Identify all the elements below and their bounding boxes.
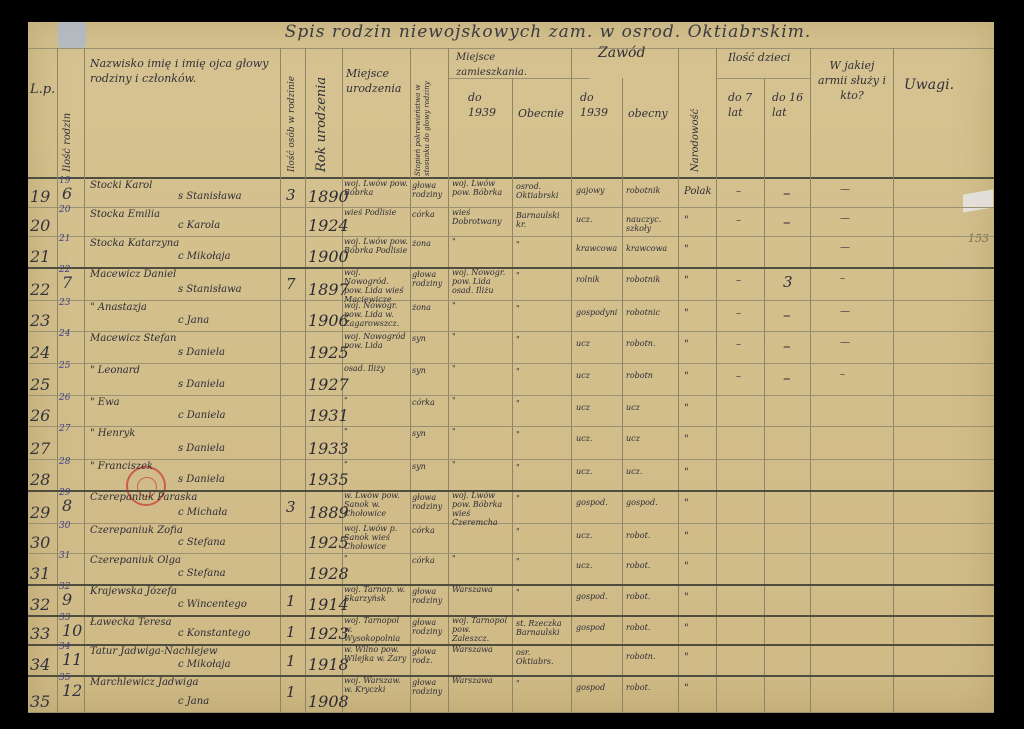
row-residence-1939: " <box>452 301 510 310</box>
row-birthplace: woj. Tarnop. w. Skarzyńsk <box>344 585 408 603</box>
row-occupation-now: robot. <box>626 683 676 692</box>
row-relation: syn <box>412 334 446 343</box>
row-father-name: s Daniela <box>178 474 225 486</box>
divider <box>810 48 811 712</box>
row-relation: syn <box>412 429 446 438</box>
row-father-name: c Mikołaja <box>178 659 231 671</box>
row-lp: 35 <box>30 692 50 711</box>
row-occupation-1939: ucz <box>576 339 622 348</box>
row-birthplace: woj. Nowogród pow. Lida <box>344 332 408 350</box>
row-father-name: s Daniela <box>178 443 225 455</box>
row-army: — <box>840 184 850 196</box>
row-name: Ławecka Teresa <box>90 617 172 629</box>
row-divider <box>28 459 994 460</box>
row-father-name: c Michała <box>178 507 227 519</box>
row-residence-1939: " <box>452 427 510 436</box>
row-name: " Franciszek <box>90 461 153 473</box>
row-birthplace: osad. Iliży <box>344 364 408 373</box>
row-divider <box>28 207 994 208</box>
row-name: Macewicz Daniel <box>90 269 176 281</box>
row-nationality: " <box>684 339 689 351</box>
row-lp: 32 <box>30 595 50 614</box>
header-narodowosc: Narodowość <box>690 82 702 172</box>
row-occupation-now: ucz. <box>626 467 676 476</box>
row-nationality: " <box>684 498 689 510</box>
row-children-under-7: – <box>736 275 741 287</box>
row-lp: 30 <box>30 533 50 552</box>
row-occupation-1939: ucz. <box>576 531 622 540</box>
row-occupation-1939: ucz <box>576 403 622 412</box>
row-children-under-16: 3 <box>783 273 793 291</box>
header-rok-urodzenia: Rok urodzenia <box>316 72 328 172</box>
row-children-under-7: – <box>736 371 741 383</box>
row-family-number: 9 <box>62 590 72 609</box>
row-occupation-now: robotn. <box>626 652 676 661</box>
row-lp: 29 <box>30 503 50 522</box>
row-occupation-now: ucz <box>626 403 676 412</box>
row-birth-year: 1889 <box>308 503 349 522</box>
row-residence-now: " <box>516 304 568 313</box>
row-relation: głowa rodziny <box>412 493 446 511</box>
row-nationality: " <box>684 683 689 695</box>
row-name: " Ewa <box>90 397 120 409</box>
row-occupation-1939: rolnik <box>576 275 622 284</box>
row-person-count: 7 <box>286 275 296 293</box>
row-children-under-16: – <box>783 337 791 355</box>
row-lp: 23 <box>30 311 50 330</box>
page-number: 153 <box>968 232 989 245</box>
row-subnumber: 33 <box>59 613 70 623</box>
row-birthplace: " <box>344 427 408 436</box>
header-miejsce-zamieszkania: Miejsce zamieszkania. <box>456 50 566 80</box>
row-occupation-1939: gospod <box>576 683 622 692</box>
header-zawod-do-1939: do 1939 <box>580 90 616 120</box>
row-occupation-1939: gospod. <box>576 592 622 601</box>
row-name: " Henryk <box>90 428 135 440</box>
row-father-name: c Jana <box>178 696 209 708</box>
row-birthplace: woj. Lwów pow. Bóbrka <box>344 179 408 197</box>
row-birth-year: 1897 <box>308 280 349 299</box>
row-nationality: " <box>684 652 689 664</box>
row-residence-1939: woj. Lwów pow. Bóbrka <box>452 179 510 197</box>
row-family-number: 10 <box>62 621 82 640</box>
row-relation: córka <box>412 210 446 219</box>
row-father-name: c Karola <box>178 220 220 232</box>
row-occupation-1939: ucz. <box>576 215 622 224</box>
row-nationality: " <box>684 403 689 415</box>
row-father-name: s Daniela <box>178 379 225 391</box>
row-subnumber: 25 <box>59 361 70 371</box>
row-residence-now: " <box>516 240 568 249</box>
row-residence-now: " <box>516 679 568 688</box>
row-birth-year: 1928 <box>308 564 349 583</box>
row-person-count: 3 <box>286 186 296 204</box>
row-lp: 33 <box>30 624 50 643</box>
row-name: Tatur Jadwiga-Nachlejew <box>90 646 218 658</box>
row-birthplace: w. Lwów pow. Sanok w. Chołowice <box>344 491 408 518</box>
row-residence-now: " <box>516 527 568 536</box>
row-children-under-16: – <box>783 184 791 202</box>
row-occupation-1939: ucz. <box>576 467 622 476</box>
tape-mark <box>58 22 86 48</box>
row-nationality: " <box>684 467 689 479</box>
row-occupation-now: robot. <box>626 561 676 570</box>
row-name: Macewicz Stefan <box>90 333 176 345</box>
row-nationality: Polak <box>684 186 712 198</box>
header-stopien: Stopień pokrewieństwa w stosunku do głow… <box>414 52 444 176</box>
divider <box>28 48 994 49</box>
row-nationality: " <box>684 561 689 573</box>
row-residence-1939: " <box>452 554 510 563</box>
row-occupation-1939: gospod <box>576 623 622 632</box>
row-relation: głowa rodziny <box>412 587 446 605</box>
row-occupation-1939: gajowy <box>576 186 622 195</box>
divider <box>305 48 306 712</box>
row-father-name: c Konstantego <box>178 628 250 640</box>
row-subnumber: 29 <box>59 488 70 498</box>
row-father-name: s Daniela <box>178 347 225 359</box>
header-dzieci-do-16: do 16 lat <box>772 90 806 120</box>
row-residence-now: " <box>516 557 568 566</box>
header-ilosc-dzieci: Ilość dzieci <box>728 50 790 65</box>
row-residence-now: " <box>516 463 568 472</box>
row-relation: żona <box>412 239 446 248</box>
row-father-name: c Stefana <box>178 537 226 549</box>
row-army: – <box>840 273 845 285</box>
row-birth-year: 1924 <box>308 216 349 235</box>
census-sheet: Spis rodzin niewojskowych zam. w osrod. … <box>28 22 994 712</box>
row-name: Stocka Katarzyna <box>90 238 179 250</box>
divider <box>678 48 679 712</box>
row-occupation-now: robotn <box>626 371 676 380</box>
header-lp: L.p. <box>30 82 55 97</box>
header-armia: W jakiej armii służy i kto? <box>816 58 888 103</box>
row-birthplace: wieś Podlisie <box>344 208 408 217</box>
row-occupation-now: robotn. <box>626 339 676 348</box>
row-subnumber: 21 <box>59 234 70 244</box>
row-relation: córka <box>412 526 446 535</box>
row-occupation-now: robotnic <box>626 308 676 317</box>
header-ilosc-osob: Ilość osób w rodzinie <box>286 52 298 172</box>
row-lp: 24 <box>30 343 50 362</box>
row-birthplace: " <box>344 460 408 469</box>
row-subnumber: 32 <box>59 582 70 592</box>
row-lp: 34 <box>30 655 50 674</box>
row-occupation-1939: ucz. <box>576 561 622 570</box>
row-residence-now: Barnaulski kr. <box>516 211 568 229</box>
row-name: Stocki Karol <box>90 180 152 192</box>
row-residence-1939: wieś Dobrotwany <box>452 208 510 226</box>
row-army: — <box>840 306 850 318</box>
row-person-count: 1 <box>286 592 296 610</box>
row-army: — <box>840 213 850 225</box>
row-lp: 27 <box>30 439 50 458</box>
row-birthplace: woj. Lwów p. Sanok wieś Chołowice <box>344 524 408 551</box>
row-lp: 25 <box>30 375 50 394</box>
row-family-number: 12 <box>62 681 82 700</box>
row-occupation-now: robot. <box>626 623 676 632</box>
row-residence-now: " <box>516 271 568 280</box>
row-relation: syn <box>412 366 446 375</box>
row-family-number: 7 <box>62 273 72 292</box>
row-children-under-16: – <box>783 369 791 387</box>
row-residence-1939: woj. Nowogr. pow. Lida osad. Iliżu <box>452 268 510 295</box>
header-zam-do-1939: do 1939 <box>468 90 508 120</box>
row-birth-year: 1933 <box>308 439 349 458</box>
row-nationality: " <box>684 592 689 604</box>
row-lp: 31 <box>30 564 50 583</box>
row-residence-1939: woj. Lwów pow. Bóbrka wieś Czeremcha <box>452 491 510 527</box>
row-subnumber: 31 <box>59 551 70 561</box>
divider <box>84 48 85 712</box>
row-lp: 21 <box>30 247 50 266</box>
row-birth-year: 1900 <box>308 247 349 266</box>
row-nationality: " <box>684 531 689 543</box>
header-divider <box>28 177 994 179</box>
row-relation: głowa rodziny <box>412 181 446 199</box>
row-subnumber: 28 <box>59 457 70 467</box>
row-residence-1939: Warszawa <box>452 676 510 685</box>
row-children-under-7: – <box>736 339 741 351</box>
divider <box>571 48 572 712</box>
row-nationality: " <box>684 434 689 446</box>
header-dzieci-do-7: do 7 lat <box>728 90 758 120</box>
row-nationality: " <box>684 308 689 320</box>
row-subnumber: 24 <box>59 329 70 339</box>
row-lp: 19 <box>30 187 50 206</box>
row-relation: żona <box>412 303 446 312</box>
row-residence-1939: Warszawa <box>452 645 510 654</box>
row-subnumber: 30 <box>59 521 70 531</box>
row-residence-now: " <box>516 335 568 344</box>
row-residence-1939: " <box>452 460 510 469</box>
row-residence-1939: " <box>452 364 510 373</box>
row-occupation-now: robotnik <box>626 186 676 195</box>
row-subnumber: 26 <box>59 393 70 403</box>
row-divider <box>28 523 994 524</box>
row-name: Krajewska Józefa <box>90 586 177 598</box>
row-divider <box>28 615 994 617</box>
divider <box>448 48 449 712</box>
row-birth-year: 1906 <box>308 311 349 330</box>
row-person-count: 3 <box>286 498 296 516</box>
row-divider <box>28 363 994 364</box>
row-name: Czerepaniuk Zofia <box>90 525 183 537</box>
row-residence-1939: " <box>452 396 510 405</box>
row-occupation-1939: gospod. <box>576 498 622 507</box>
row-relation: głowa rodziny <box>412 270 446 288</box>
row-relation: głowa rodziny <box>412 618 446 636</box>
row-name: Czerepaniuk Paraska <box>90 492 197 504</box>
header-zam-obecnie: Obecnie <box>518 106 564 121</box>
row-birthplace: woj. Nowogr. pow. Lida w. Zagarowszcz. <box>344 301 408 328</box>
row-divider <box>28 553 994 554</box>
row-occupation-now: robot. <box>626 531 676 540</box>
row-person-count: 1 <box>286 683 296 701</box>
row-divider <box>28 395 994 396</box>
row-father-name: c Mikołaja <box>178 251 231 263</box>
row-family-number: 6 <box>62 184 72 203</box>
row-occupation-now: nauczyc. szkoły <box>626 215 676 233</box>
row-birth-year: 1914 <box>308 595 349 614</box>
divider <box>716 78 810 79</box>
divider <box>410 48 411 712</box>
row-occupation-now: robot. <box>626 592 676 601</box>
row-family-number: 8 <box>62 496 72 515</box>
row-residence-now: " <box>516 430 568 439</box>
row-subnumber: 19 <box>59 176 70 186</box>
row-subnumber: 35 <box>59 673 70 683</box>
row-relation: syn <box>412 462 446 471</box>
row-birthplace: woj. Tarnopol w. Wysokopolnia <box>344 616 408 643</box>
row-children-under-7: – <box>736 308 741 320</box>
row-family-number: 11 <box>62 650 82 669</box>
row-birth-year: 1935 <box>308 470 349 489</box>
row-army: — <box>840 337 850 349</box>
row-relation: głowa rodziny <box>412 678 446 696</box>
row-residence-1939: woj. Tarnopol pow. Zaleszcz. <box>452 616 510 643</box>
header-zawod: Zawód <box>598 46 645 61</box>
row-subnumber: 23 <box>59 298 70 308</box>
row-relation: głowa rodz. <box>412 647 446 665</box>
row-birthplace: woj. Nowogród. pow. Lida wieś Maciewicze <box>344 268 408 304</box>
row-birth-year: 1890 <box>308 187 349 206</box>
row-birth-year: 1925 <box>308 533 349 552</box>
row-birthplace: " <box>344 396 408 405</box>
row-occupation-now: ucz <box>626 434 676 443</box>
row-birthplace: " <box>344 554 408 563</box>
header-nazwisko: Nazwisko imię i imię ojca głowy rodziny … <box>90 56 270 86</box>
row-birth-year: 1927 <box>308 375 349 394</box>
row-nationality: " <box>684 371 689 383</box>
row-residence-1939: Warszawa <box>452 585 510 594</box>
row-birth-year: 1925 <box>308 343 349 362</box>
row-residence-now: st. Rzeczka Barnaulski <box>516 619 568 637</box>
row-occupation-1939: krawcowa <box>576 244 622 253</box>
row-lp: 20 <box>30 216 50 235</box>
row-subnumber: 22 <box>59 265 70 275</box>
row-name: Czerepaniuk Olga <box>90 555 181 567</box>
row-relation: córka <box>412 398 446 407</box>
row-residence-now: " <box>516 588 568 597</box>
row-subnumber: 34 <box>59 642 70 652</box>
row-birthplace: w. Wilno pow. Wilejka w. Żary <box>344 645 408 663</box>
row-occupation-now: robotnik <box>626 275 676 284</box>
row-nationality: " <box>684 244 689 256</box>
divider <box>57 48 58 712</box>
row-name: Stocka Emilia <box>90 209 160 221</box>
row-occupation-now: gospod. <box>626 498 676 507</box>
row-children-under-16: – <box>783 213 791 231</box>
row-birthplace: woj. Lwów pow. Bóbrka Podlisie <box>344 237 408 255</box>
row-occupation-1939: gospodyni <box>576 308 622 317</box>
row-nationality: " <box>684 215 689 227</box>
row-subnumber: 20 <box>59 205 70 215</box>
row-divider <box>28 300 994 301</box>
row-divider <box>28 236 994 237</box>
row-occupation-1939: ucz. <box>576 434 622 443</box>
row-children-under-7: – <box>736 215 741 227</box>
divider <box>716 48 717 712</box>
row-residence-1939: " <box>452 237 510 246</box>
row-birth-year: 1908 <box>308 692 349 711</box>
header-uwagi: Uwagi. <box>904 78 954 93</box>
row-father-name: c Daniela <box>178 410 225 422</box>
row-army: — <box>840 242 850 254</box>
row-lp: 26 <box>30 406 50 425</box>
row-residence-1939: " <box>452 332 510 341</box>
row-father-name: s Stanisława <box>178 284 242 296</box>
row-name: " Anastazja <box>90 302 147 314</box>
row-birth-year: 1931 <box>308 406 349 425</box>
row-father-name: s Stanisława <box>178 191 242 203</box>
row-relation: córka <box>412 556 446 565</box>
row-birth-year: 1923 <box>308 624 349 643</box>
row-residence-now: " <box>516 399 568 408</box>
row-lp: 22 <box>30 280 50 299</box>
row-name: Marchlewicz Jadwiga <box>90 677 198 689</box>
row-children-under-7: – <box>736 186 741 198</box>
header-zawod-obecny: obecny <box>628 106 668 121</box>
row-divider <box>28 331 994 332</box>
divider <box>893 48 894 712</box>
row-residence-now: osr. Oktiabrs. <box>516 648 568 666</box>
row-name: " Leonard <box>90 365 140 377</box>
row-birthplace: woj. Warszaw. w. Kryczki <box>344 676 408 694</box>
row-nationality: " <box>684 623 689 635</box>
row-father-name: c Stefana <box>178 568 226 580</box>
row-army: – <box>840 369 845 381</box>
row-birth-year: 1918 <box>308 655 349 674</box>
divider <box>280 48 281 712</box>
row-occupation-1939: ucz <box>576 371 622 380</box>
row-divider <box>28 426 994 427</box>
row-person-count: 1 <box>286 623 296 641</box>
row-person-count: 1 <box>286 652 296 670</box>
row-nationality: " <box>684 275 689 287</box>
row-residence-now: " <box>516 494 568 503</box>
header-ilosc-rodzin: Ilość rodzin <box>62 92 74 172</box>
tape-mark <box>963 189 993 212</box>
row-residence-now: osrod. Oktiabrski <box>516 182 568 200</box>
page-title: Spis rodzin niewojskowych zam. w osrod. … <box>208 22 888 46</box>
row-divider <box>28 712 994 713</box>
row-residence-now: " <box>516 367 568 376</box>
row-lp: 28 <box>30 470 50 489</box>
header-miejsce-urodzenia: Miejsce urodzenia <box>346 66 406 96</box>
row-father-name: c Wincentego <box>178 599 247 611</box>
row-father-name: c Jana <box>178 315 209 327</box>
row-occupation-now: krawcowa <box>626 244 676 253</box>
row-children-under-16: – <box>783 306 791 324</box>
row-subnumber: 27 <box>59 424 70 434</box>
